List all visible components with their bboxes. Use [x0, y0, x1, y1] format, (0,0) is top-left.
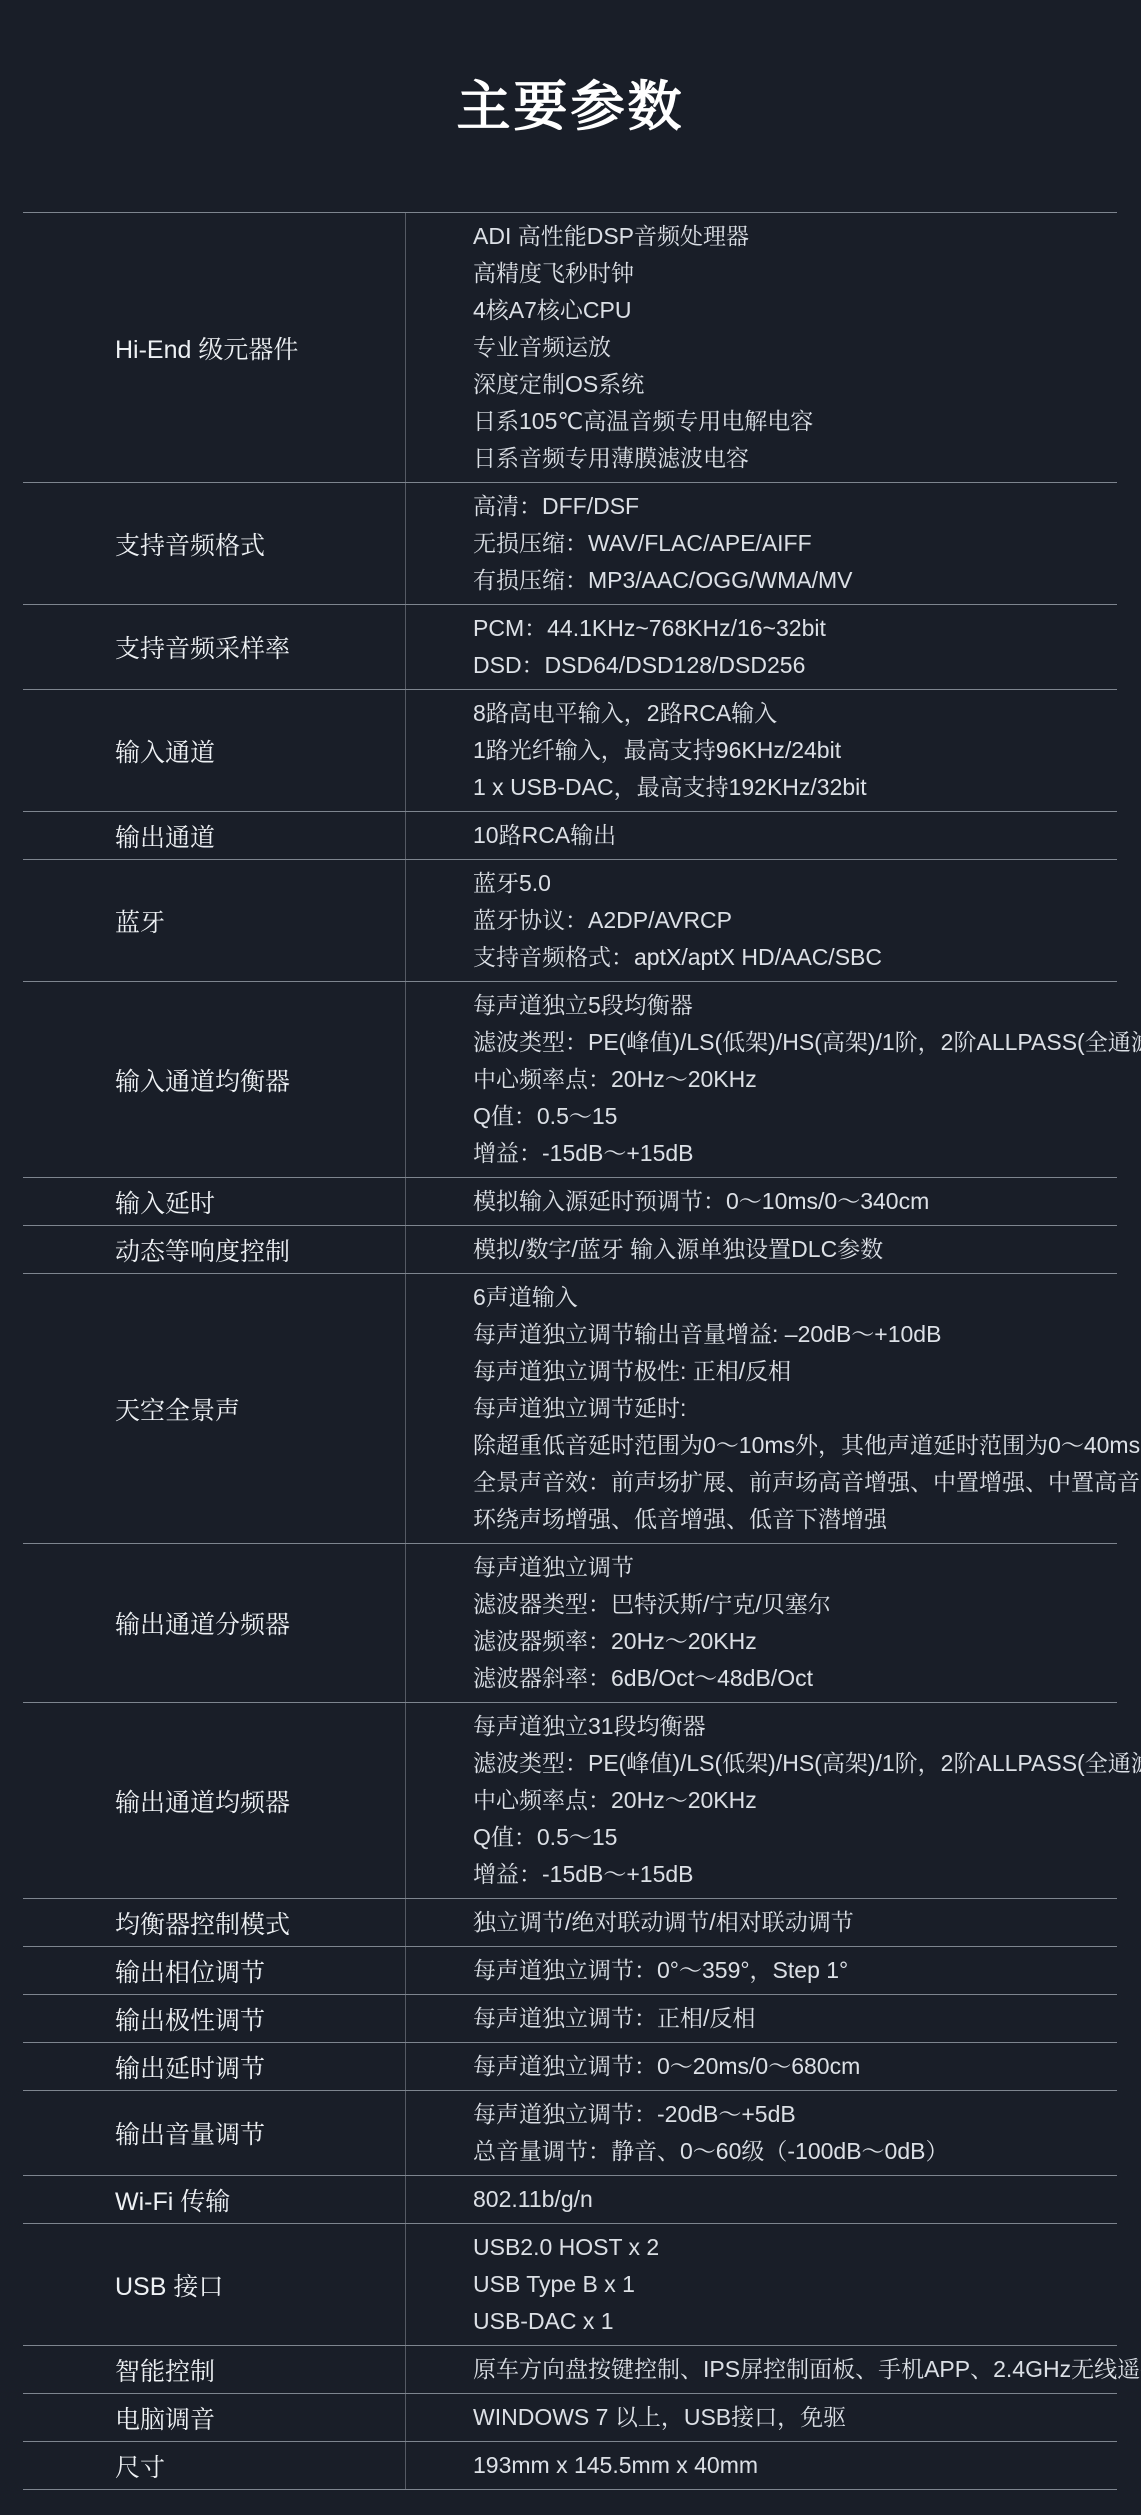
- spec-value-line: 193mm x 145.5mm x 40mm: [473, 2447, 1107, 2484]
- spec-value-line: 每声道独立调节：0°～359°，Step 1°: [473, 1952, 1107, 1989]
- spec-value-line: 每声道独立5段均衡器: [473, 987, 1141, 1024]
- spec-value-line: 每声道独立调节极性: 正相/反相: [473, 1353, 1141, 1390]
- spec-value-line: 滤波类型：PE(峰值)/LS(低架)/HS(高架)/1阶，2阶ALLPASS(全…: [473, 1024, 1141, 1061]
- spec-value-line: 802.11b/g/n: [473, 2181, 1107, 2218]
- spec-value-line: 支持音频格式：aptX/aptX HD/AAC/SBC: [473, 939, 1107, 976]
- spec-label: 输入通道均衡器: [23, 982, 406, 1177]
- spec-value-line: 每声道独立调节输出音量增益: –20dB～+10dB: [473, 1316, 1141, 1353]
- spec-value-line: 10路RCA输出: [473, 817, 1107, 854]
- spec-value: 10路RCA输出: [406, 812, 1117, 859]
- spec-value-line: PCM：44.1KHz~768KHz/16~32bit: [473, 610, 1107, 647]
- spec-value: 每声道独立31段均衡器滤波类型：PE(峰值)/LS(低架)/HS(高架)/1阶，…: [406, 1703, 1141, 1898]
- spec-value-line: 有损压缩：MP3/AAC/OGG/WMA/MV: [473, 562, 1107, 599]
- spec-value-line: 独立调节/绝对联动调节/相对联动调节: [473, 1904, 1107, 1941]
- spec-value: 原车方向盘按键控制、IPS屏控制面板、手机APP、2.4GHz无线遥控器: [406, 2346, 1141, 2393]
- spec-value-line: 每声道独立调节: [473, 1549, 1107, 1586]
- spec-label: 支持音频采样率: [23, 605, 406, 689]
- spec-value: 每声道独立调节：0～20ms/0～680cm: [406, 2043, 1117, 2090]
- spec-value-line: 高清：DFF/DSF: [473, 488, 1107, 525]
- spec-label: 输出极性调节: [23, 1995, 406, 2042]
- spec-row: 输入延时模拟输入源延时预调节：0～10ms/0～340cm: [23, 1178, 1117, 1226]
- spec-row: 输出通道分频器每声道独立调节滤波器类型：巴特沃斯/宁克/贝塞尔滤波器频率：20H…: [23, 1544, 1117, 1703]
- spec-value-line: USB2.0 HOST x 2: [473, 2229, 1107, 2266]
- spec-value-line: 深度定制OS系统: [473, 366, 1107, 403]
- spec-value-line: 每声道独立31段均衡器: [473, 1708, 1141, 1745]
- spec-value: 802.11b/g/n: [406, 2176, 1117, 2223]
- spec-label: 输入延时: [23, 1178, 406, 1225]
- spec-row: 尺寸193mm x 145.5mm x 40mm: [23, 2442, 1117, 2490]
- spec-value-line: 滤波器类型：巴特沃斯/宁克/贝塞尔: [473, 1586, 1107, 1623]
- spec-value-line: 环绕声场增强、低音增强、低音下潜增强: [473, 1501, 1141, 1538]
- spec-row: Wi-Fi 传输802.11b/g/n: [23, 2176, 1117, 2224]
- spec-label: USB 接口: [23, 2224, 406, 2345]
- spec-page: 主要参数 Hi-End 级元器件ADI 高性能DSP音频处理器高精度飞秒时钟4核…: [0, 0, 1141, 2515]
- spec-row: 输出极性调节每声道独立调节：正相/反相: [23, 1995, 1117, 2043]
- spec-value-line: USB-DAC x 1: [473, 2303, 1107, 2340]
- spec-value: 高清：DFF/DSF无损压缩：WAV/FLAC/APE/AIFF有损压缩：MP3…: [406, 483, 1117, 604]
- spec-value-line: 中心频率点：20Hz～20KHz: [473, 1061, 1141, 1098]
- spec-row: 输出延时调节每声道独立调节：0～20ms/0～680cm: [23, 2043, 1117, 2091]
- spec-row: 输出相位调节每声道独立调节：0°～359°，Step 1°: [23, 1947, 1117, 1995]
- spec-value-line: 1路光纤输入，最高支持96KHz/24bit: [473, 732, 1107, 769]
- spec-row: 输入通道均衡器每声道独立5段均衡器滤波类型：PE(峰值)/LS(低架)/HS(高…: [23, 982, 1117, 1178]
- spec-value-line: 全景声音效：前声场扩展、前声场高音增强、中置增强、中置高音增强、: [473, 1464, 1141, 1501]
- spec-value-line: 模拟输入源延时预调节：0～10ms/0～340cm: [473, 1183, 1107, 1220]
- spec-value: 6声道输入每声道独立调节输出音量增益: –20dB～+10dB每声道独立调节极性…: [406, 1274, 1141, 1543]
- spec-value: 每声道独立调节：0°～359°，Step 1°: [406, 1947, 1117, 1994]
- spec-label: 输出通道分频器: [23, 1544, 406, 1702]
- spec-value: 每声道独立调节：-20dB～+5dB总音量调节：静音、0～60级（-100dB～…: [406, 2091, 1117, 2175]
- spec-value-line: 总音量调节：静音、0～60级（-100dB～0dB）: [473, 2133, 1107, 2170]
- spec-label: 输出延时调节: [23, 2043, 406, 2090]
- spec-row: 输出通道均频器每声道独立31段均衡器滤波类型：PE(峰值)/LS(低架)/HS(…: [23, 1703, 1117, 1899]
- spec-value-line: 每声道独立调节：-20dB～+5dB: [473, 2096, 1107, 2133]
- spec-value-line: 增益：-15dB～+15dB: [473, 1856, 1141, 1893]
- spec-label: Hi-End 级元器件: [23, 213, 406, 482]
- spec-label: 动态等响度控制: [23, 1226, 406, 1273]
- spec-value-line: 中心频率点：20Hz～20KHz: [473, 1782, 1141, 1819]
- spec-row: 电脑调音WINDOWS 7 以上，USB接口，免驱: [23, 2394, 1117, 2442]
- spec-value-line: USB Type B x 1: [473, 2266, 1107, 2303]
- spec-value-line: 增益：-15dB～+15dB: [473, 1135, 1141, 1172]
- spec-value: USB2.0 HOST x 2USB Type B x 1USB-DAC x 1: [406, 2224, 1117, 2345]
- spec-label: 输出通道均频器: [23, 1703, 406, 1898]
- spec-value: 蓝牙5.0蓝牙协议：A2DP/AVRCP支持音频格式：aptX/aptX HD/…: [406, 860, 1117, 981]
- spec-value: 模拟/数字/蓝牙 输入源单独设置DLC参数: [406, 1226, 1117, 1273]
- spec-table: Hi-End 级元器件ADI 高性能DSP音频处理器高精度飞秒时钟4核A7核心C…: [23, 212, 1117, 2490]
- spec-label: 输入通道: [23, 690, 406, 811]
- spec-value: 193mm x 145.5mm x 40mm: [406, 2442, 1117, 2489]
- spec-value-line: 蓝牙协议：A2DP/AVRCP: [473, 902, 1107, 939]
- spec-row: 支持音频采样率PCM：44.1KHz~768KHz/16~32bitDSD：DS…: [23, 605, 1117, 690]
- spec-row: 蓝牙蓝牙5.0蓝牙协议：A2DP/AVRCP支持音频格式：aptX/aptX H…: [23, 860, 1117, 982]
- spec-value-line: 8路高电平输入，2路RCA输入: [473, 695, 1107, 732]
- spec-value: 每声道独立调节滤波器类型：巴特沃斯/宁克/贝塞尔滤波器频率：20Hz～20KHz…: [406, 1544, 1117, 1702]
- spec-value-line: Q值：0.5～15: [473, 1819, 1141, 1856]
- spec-value-line: 滤波器频率：20Hz～20KHz: [473, 1623, 1107, 1660]
- spec-label: 尺寸: [23, 2442, 406, 2489]
- spec-label: 智能控制: [23, 2346, 406, 2393]
- spec-value: 模拟输入源延时预调节：0～10ms/0～340cm: [406, 1178, 1117, 1225]
- spec-value: ADI 高性能DSP音频处理器高精度飞秒时钟4核A7核心CPU专业音频运放深度定…: [406, 213, 1117, 482]
- spec-value-line: 除超重低音延时范围为0～10ms外，其他声道延时范围为0～40ms: [473, 1427, 1141, 1464]
- spec-row: USB 接口USB2.0 HOST x 2USB Type B x 1USB-D…: [23, 2224, 1117, 2346]
- spec-value-line: 滤波器斜率：6dB/Oct～48dB/Oct: [473, 1660, 1107, 1697]
- spec-value-line: 滤波类型：PE(峰值)/LS(低架)/HS(高架)/1阶，2阶ALLPASS(全…: [473, 1745, 1141, 1782]
- spec-row: 输出音量调节每声道独立调节：-20dB～+5dB总音量调节：静音、0～60级（-…: [23, 2091, 1117, 2176]
- spec-label: 蓝牙: [23, 860, 406, 981]
- spec-label: Wi-Fi 传输: [23, 2176, 406, 2223]
- spec-row: 动态等响度控制模拟/数字/蓝牙 输入源单独设置DLC参数: [23, 1226, 1117, 1274]
- spec-value-line: 原车方向盘按键控制、IPS屏控制面板、手机APP、2.4GHz无线遥控器: [473, 2351, 1141, 2388]
- spec-value-line: ADI 高性能DSP音频处理器: [473, 218, 1107, 255]
- spec-row: 输出通道10路RCA输出: [23, 812, 1117, 860]
- spec-value: WINDOWS 7 以上，USB接口，免驱: [406, 2394, 1117, 2441]
- spec-value: 每声道独立调节：正相/反相: [406, 1995, 1117, 2042]
- spec-label: 均衡器控制模式: [23, 1899, 406, 1946]
- spec-row: 支持音频格式高清：DFF/DSF无损压缩：WAV/FLAC/APE/AIFF有损…: [23, 483, 1117, 605]
- spec-value: 8路高电平输入，2路RCA输入1路光纤输入，最高支持96KHz/24bit1 x…: [406, 690, 1117, 811]
- spec-label: 电脑调音: [23, 2394, 406, 2441]
- spec-row: Hi-End 级元器件ADI 高性能DSP音频处理器高精度飞秒时钟4核A7核心C…: [23, 213, 1117, 483]
- spec-value-line: DSD：DSD64/DSD128/DSD256: [473, 647, 1107, 684]
- spec-row: 输入通道8路高电平输入，2路RCA输入1路光纤输入，最高支持96KHz/24bi…: [23, 690, 1117, 812]
- spec-value-line: 日系音频专用薄膜滤波电容: [473, 440, 1107, 477]
- spec-label: 天空全景声: [23, 1274, 406, 1543]
- spec-value-line: Q值：0.5～15: [473, 1098, 1141, 1135]
- spec-value-line: 每声道独立调节延时:: [473, 1390, 1141, 1427]
- spec-label: 支持音频格式: [23, 483, 406, 604]
- spec-row: 均衡器控制模式独立调节/绝对联动调节/相对联动调节: [23, 1899, 1117, 1947]
- spec-value-line: 专业音频运放: [473, 329, 1107, 366]
- spec-value-line: 1 x USB-DAC，最高支持192KHz/32bit: [473, 769, 1107, 806]
- spec-value-line: 日系105℃高温音频专用电解电容: [473, 403, 1107, 440]
- spec-value-line: WINDOWS 7 以上，USB接口，免驱: [473, 2399, 1107, 2436]
- spec-value-line: 6声道输入: [473, 1279, 1141, 1316]
- spec-value-line: 每声道独立调节：0～20ms/0～680cm: [473, 2048, 1107, 2085]
- spec-value-line: 蓝牙5.0: [473, 865, 1107, 902]
- page-title: 主要参数: [0, 0, 1141, 136]
- spec-row: 天空全景声6声道输入每声道独立调节输出音量增益: –20dB～+10dB每声道独…: [23, 1274, 1117, 1544]
- spec-value: 每声道独立5段均衡器滤波类型：PE(峰值)/LS(低架)/HS(高架)/1阶，2…: [406, 982, 1141, 1177]
- spec-value-line: 每声道独立调节：正相/反相: [473, 2000, 1107, 2037]
- spec-value-line: 高精度飞秒时钟: [473, 255, 1107, 292]
- spec-label: 输出通道: [23, 812, 406, 859]
- spec-label: 输出相位调节: [23, 1947, 406, 1994]
- spec-value: 独立调节/绝对联动调节/相对联动调节: [406, 1899, 1117, 1946]
- spec-label: 输出音量调节: [23, 2091, 406, 2175]
- spec-value-line: 4核A7核心CPU: [473, 292, 1107, 329]
- spec-row: 智能控制原车方向盘按键控制、IPS屏控制面板、手机APP、2.4GHz无线遥控器: [23, 2346, 1117, 2394]
- spec-value-line: 模拟/数字/蓝牙 输入源单独设置DLC参数: [473, 1231, 1107, 1268]
- spec-value-line: 无损压缩：WAV/FLAC/APE/AIFF: [473, 525, 1107, 562]
- spec-value: PCM：44.1KHz~768KHz/16~32bitDSD：DSD64/DSD…: [406, 605, 1117, 689]
